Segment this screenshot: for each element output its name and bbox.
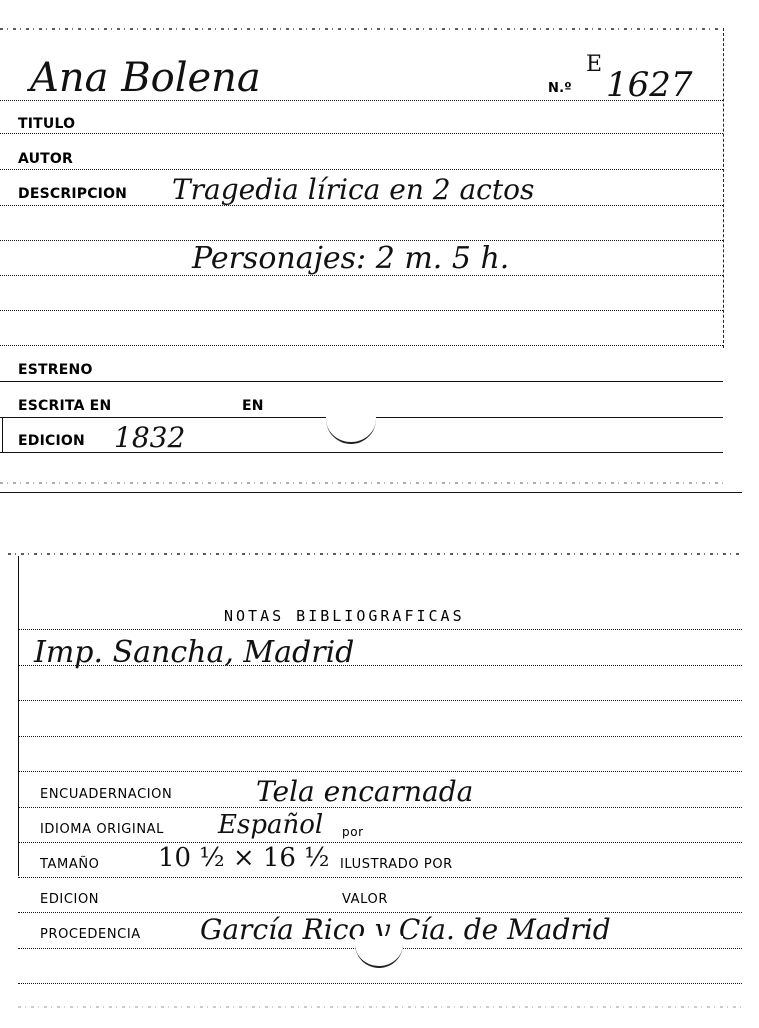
idioma-label: IDIOMA ORIGINAL	[40, 823, 164, 836]
notas-value: Imp. Sancha, Madrid	[34, 638, 354, 668]
ilustrado-label: ILUSTRADO POR	[340, 858, 453, 871]
en-label: EN	[242, 399, 264, 413]
card-right-border	[723, 28, 724, 348]
escrita-en-label: ESCRITA EN	[18, 399, 111, 413]
card-top-edge	[0, 28, 722, 30]
number-prefix: E	[586, 54, 602, 76]
autor-label: AUTOR	[18, 152, 73, 166]
por-label: por	[342, 826, 364, 838]
card-title-handwritten: Ana Bolena	[30, 58, 261, 98]
rule-line	[18, 842, 742, 843]
rule-line	[0, 169, 723, 170]
card-left-border	[2, 418, 3, 452]
encuadernacion-label: ENCUADERNACION	[40, 788, 172, 801]
rule-line	[0, 310, 723, 311]
notas-heading: NOTAS BIBLIOGRAFICAS	[224, 607, 465, 625]
encuadernacion-value: Tela encarnada	[256, 778, 473, 806]
number-label: N.º	[548, 82, 572, 95]
rule-line	[18, 877, 742, 878]
rule-line	[0, 452, 723, 453]
edicion-label: EDICION	[40, 893, 99, 906]
descripcion-value: Tragedia lírica en 2 actos	[172, 176, 534, 204]
rule-line	[0, 345, 723, 346]
card-separator	[0, 492, 742, 493]
catalog-number: 1627	[606, 68, 693, 102]
card-bottom-edge	[18, 1006, 742, 1008]
idioma-value: Español	[218, 812, 323, 838]
rule-line	[18, 736, 742, 737]
card-top-edge	[8, 553, 742, 555]
descripcion-label: DESCRIPCION	[18, 187, 127, 201]
titulo-label: TITULO	[18, 117, 75, 131]
tamano-label: TAMAÑO	[40, 858, 100, 871]
card-left-border	[18, 556, 19, 876]
rule-line	[18, 629, 742, 630]
rule-line	[0, 133, 723, 134]
edicion-value: 1832	[114, 424, 185, 452]
rule-line	[18, 983, 742, 984]
tamano-value: 10 ½ × 16 ½	[158, 845, 329, 871]
rule-line	[18, 771, 742, 772]
procedencia-label: PROCEDENCIA	[40, 928, 141, 941]
estreno-label: ESTRENO	[18, 363, 93, 377]
procedencia-value: García Rico y Cía. de Madrid	[200, 916, 611, 944]
card-bottom-edge	[0, 482, 723, 484]
punch-hole	[355, 936, 403, 968]
edicion-label: EDICION	[18, 434, 85, 448]
punch-hole	[326, 412, 376, 444]
valor-label: VALOR	[342, 893, 388, 906]
rule-line	[18, 700, 742, 701]
descripcion-value-line2: Personajes: 2 m. 5 h.	[192, 244, 509, 274]
rule-line	[0, 381, 723, 382]
